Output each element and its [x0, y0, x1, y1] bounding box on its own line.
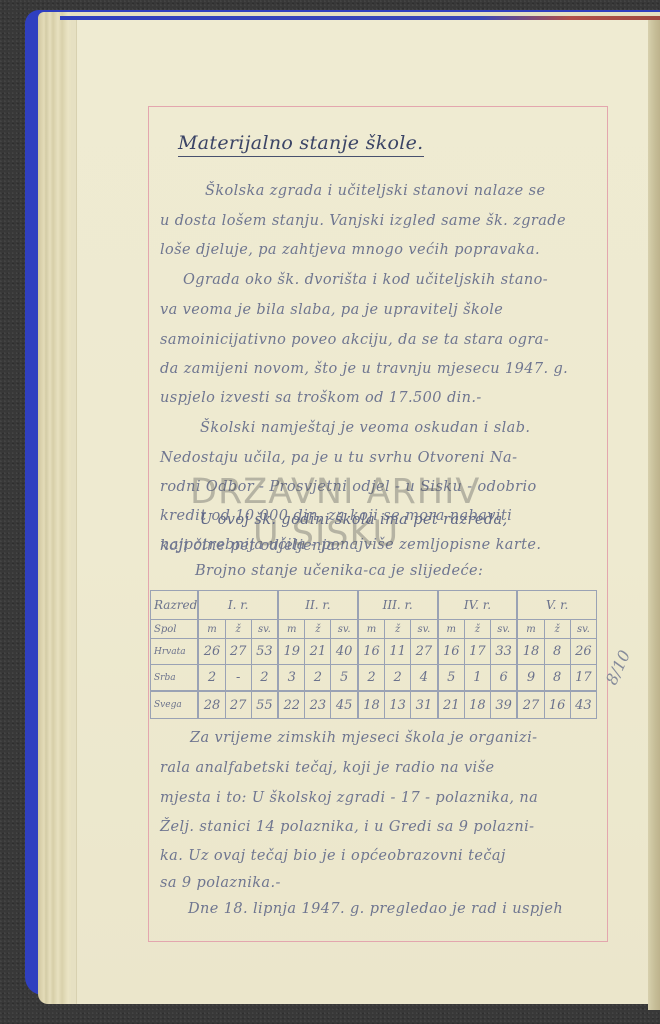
- cell: -: [225, 665, 251, 692]
- text-line: Nedostaju učila, pa je u tu svrhu Otvore…: [160, 450, 517, 466]
- class-header: IV. r.: [438, 591, 518, 620]
- cell: 22: [278, 691, 305, 719]
- row-label: Srba: [151, 665, 199, 692]
- sub-header: ž: [225, 620, 251, 639]
- cell: 2: [358, 665, 385, 692]
- cell: 1: [464, 665, 490, 692]
- table-header-row: Razred I. r. II. r. III. r. IV. r. V. r.: [151, 591, 597, 620]
- text-line: u dosta lošem stanju. Vanjski izgled sam…: [160, 213, 566, 229]
- cell: 16: [358, 639, 385, 665]
- cell: 18: [464, 691, 490, 719]
- subheader-corner: Spol: [151, 620, 199, 639]
- text-line: Dne 18. lipnja 1947. g. pregledao je rad…: [188, 901, 563, 917]
- cell: 19: [278, 639, 305, 665]
- sub-header: ž: [305, 620, 331, 639]
- cell: 2: [251, 665, 278, 692]
- cell: 55: [251, 691, 278, 719]
- text-line: ka. Uz ovaj tečaj bio je i općeobrazovni…: [160, 848, 506, 864]
- sub-header: sv.: [411, 620, 438, 639]
- cell: 8: [544, 639, 570, 665]
- text-line: rala analfabetski tečaj, koji je radio n…: [160, 760, 494, 776]
- student-count-table: Razred I. r. II. r. III. r. IV. r. V. r.…: [150, 590, 597, 719]
- cell: 5: [438, 665, 465, 692]
- sub-header: m: [278, 620, 305, 639]
- text-line: loše djeluje, pa zahtjeva mnogo većih po…: [160, 242, 540, 258]
- sub-header: m: [517, 620, 544, 639]
- cell: 23: [305, 691, 331, 719]
- cell: 5: [331, 665, 358, 692]
- cell: 39: [490, 691, 517, 719]
- table-row-svega: Svega 282755 222345 181331 211839 271643: [151, 691, 597, 719]
- cell: 27: [225, 639, 251, 665]
- cell: 40: [331, 639, 358, 665]
- sub-header: ž: [544, 620, 570, 639]
- text-line: koji čine pet odjeljenja.: [160, 538, 341, 554]
- text-line: samoinicijativno poveo akciju, da se ta …: [160, 332, 549, 348]
- cell: 53: [251, 639, 278, 665]
- text-line: sa 9 polaznika.-: [160, 875, 281, 891]
- page-title: Materijalno stanje škole.: [178, 132, 424, 157]
- cell: 11: [385, 639, 411, 665]
- sub-header: sv.: [570, 620, 596, 639]
- cell: 2: [198, 665, 225, 692]
- text-line: Želj. stanici 14 polaznika, i u Gredi sa…: [160, 819, 534, 835]
- sub-header: m: [358, 620, 385, 639]
- text-line: Za vrijeme zimskih mjeseci škola je orga…: [190, 730, 537, 746]
- cell: 4: [411, 665, 438, 692]
- cell: 9: [517, 665, 544, 692]
- sub-header: ž: [385, 620, 411, 639]
- text-line: uspjelo izvesti sa troškom od 17.500 din…: [160, 390, 482, 406]
- text-line: Brojno stanje učenika-ca je slijedeće:: [195, 563, 483, 579]
- cell: 33: [490, 639, 517, 665]
- cell: 3: [278, 665, 305, 692]
- sub-header: m: [198, 620, 225, 639]
- text-line: va veoma je bila slaba, pa je upravitelj…: [160, 302, 503, 318]
- text-line: mjesta i to: U školskoj zgradi - 17 - po…: [160, 790, 538, 806]
- header-corner: Razred: [151, 591, 199, 620]
- cell: 26: [570, 639, 596, 665]
- cell: 18: [358, 691, 385, 719]
- class-header: I. r.: [198, 591, 278, 620]
- cell: 31: [411, 691, 438, 719]
- cell: 45: [331, 691, 358, 719]
- row-label: Hrvata: [151, 639, 199, 665]
- cell: 26: [198, 639, 225, 665]
- class-header: V. r.: [517, 591, 596, 620]
- text-line: U ovoj šk. godini škola ima pet razreda,: [200, 512, 508, 528]
- text-line: da zamijeni novom, što je u travnju mjes…: [160, 361, 568, 377]
- cell: 21: [438, 691, 465, 719]
- cell: 8: [544, 665, 570, 692]
- row-label: Svega: [151, 691, 199, 719]
- cell: 16: [438, 639, 465, 665]
- cell: 18: [517, 639, 544, 665]
- cell: 2: [305, 665, 331, 692]
- class-header: III. r.: [358, 591, 438, 620]
- class-header: II. r.: [278, 591, 358, 620]
- cell: 2: [385, 665, 411, 692]
- cell: 6: [490, 665, 517, 692]
- sub-header: sv.: [331, 620, 358, 639]
- sub-header: m: [438, 620, 465, 639]
- table-row-hrvata: Hrvata 262753 192140 161127 161733 18826: [151, 639, 597, 665]
- cell: 17: [570, 665, 596, 692]
- text-line: Školska zgrada i učiteljski stanovi nala…: [205, 183, 546, 199]
- cell: 16: [544, 691, 570, 719]
- cell: 27: [411, 639, 438, 665]
- watermark-line-1: DRZAVNI ARHIV: [190, 472, 480, 512]
- cell: 27: [517, 691, 544, 719]
- cell: 28: [198, 691, 225, 719]
- cell: 17: [464, 639, 490, 665]
- cell: 21: [305, 639, 331, 665]
- text-line: Školski namještaj je veoma oskudan i sla…: [200, 420, 530, 436]
- table-row-srba: Srba 2-2 325 224 516 9817: [151, 665, 597, 692]
- book-spine-edge: [648, 20, 660, 1010]
- cell: 43: [570, 691, 596, 719]
- sub-header: sv.: [251, 620, 278, 639]
- table-subheader-row: Spol mžsv. mžsv. mžsv. mžsv. mžsv.: [151, 620, 597, 639]
- cell: 27: [225, 691, 251, 719]
- cell: 13: [385, 691, 411, 719]
- sub-header: ž: [464, 620, 490, 639]
- text-line: Ograda oko šk. dvorišta i kod učiteljski…: [183, 272, 548, 288]
- sub-header: sv.: [490, 620, 517, 639]
